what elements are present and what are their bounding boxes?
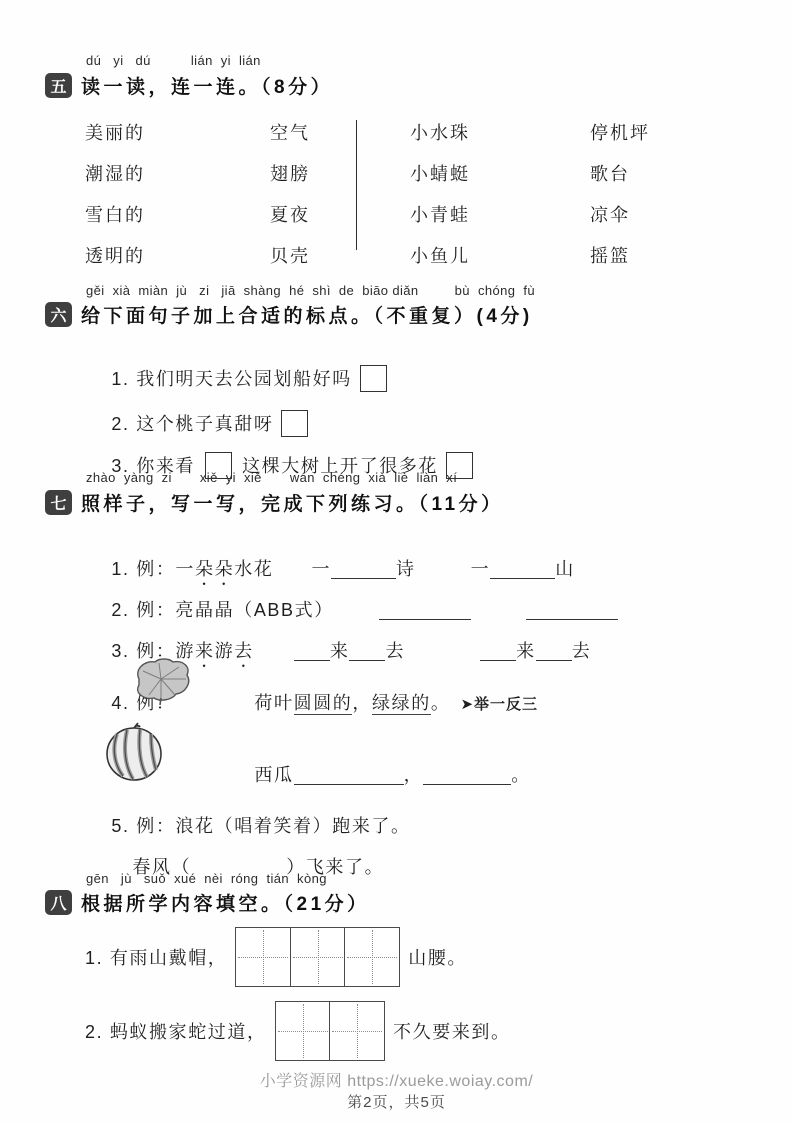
example-text: ， [352, 693, 372, 713]
section8-number-badge: 八 [45, 890, 72, 915]
writing-cell [344, 927, 400, 987]
fill-blank-item-2: 2. 蚂蚁搬家蛇过道， 不久要来到。 [85, 1001, 511, 1061]
sentence-text: 不久要来到。 [393, 1018, 511, 1044]
match-right-answer: 停机坪 [590, 119, 650, 145]
answer-blank [349, 658, 385, 661]
punctuation-answer-box [360, 365, 387, 392]
sentence-text: 1. 有雨山戴帽， [85, 944, 227, 970]
example-text: 游 [215, 641, 235, 661]
answer-blank [480, 658, 516, 661]
section7-number-badge: 七 [45, 490, 72, 515]
writing-grid [275, 1001, 385, 1061]
prompt-char: 去 [385, 641, 405, 661]
footer-site-url: 小学资源网 https://xueke.woiay.com/ [0, 1068, 793, 1091]
section8-title: 根据所学内容填空。（21分） [81, 889, 370, 916]
matching-exercise: 美丽的 空气 小水珠 停机坪 潮湿的 翅膀 小蜻蜓 歌台 雪白的 夏夜 小青蛙 … [85, 111, 735, 276]
answer-blank [294, 658, 330, 661]
example-text: 。 [431, 693, 451, 713]
match-left-term: 潮湿的 [85, 160, 145, 186]
match-right-term: 小蜻蜓 [410, 160, 470, 186]
section7-title: 照样子，写一写，完成下列练习。（11分） [81, 489, 504, 516]
emphasized-char: 去 [234, 641, 254, 661]
punctuation: ， [404, 765, 424, 785]
answer-blank [423, 782, 511, 785]
lotus-leaf-illustration [130, 656, 194, 706]
section8-pinyin: gēn jù suǒ xué nèi róng tián kòng [86, 871, 327, 886]
sentence-text: 2. 蚂蚁搬家蛇过道， [85, 1018, 267, 1044]
prompt-char: 来 [330, 641, 350, 661]
match-right-term: 小青蛙 [410, 201, 470, 227]
pattern-item-4-example: 荷叶圆圆的，绿绿的。➤举一反三 [228, 668, 538, 736]
answer-blank [536, 658, 572, 661]
writing-grid [235, 927, 400, 987]
divider-line [356, 120, 357, 250]
underlined-answer-word: 圆圆的 [294, 693, 353, 715]
match-right-answer: 歌台 [590, 160, 630, 186]
section6-header: 六 给下面句子加上合适的标点。（不重复）(4分) [45, 301, 533, 328]
match-right-answer: 凉伞 [590, 201, 630, 227]
match-left-answer: 空气 [270, 119, 310, 145]
emphasized-char: 来 [195, 641, 215, 661]
example-text: 荷叶 [254, 693, 293, 713]
match-right-term: 小鱼儿 [410, 242, 470, 268]
section5-header: 五 读一读，连一连。（8分） [45, 72, 333, 99]
section5-number-badge: 五 [45, 73, 72, 98]
match-left-term: 雪白的 [85, 201, 145, 227]
extension-tip-tag: ➤举一反三 [460, 696, 538, 713]
writing-cell [290, 927, 346, 987]
answer-blank [294, 782, 404, 785]
sentence-text: 1. 我们明天去公园划船好吗 [111, 369, 351, 389]
section8-header: 八 根据所学内容填空。（21分） [45, 889, 370, 916]
watermelon-illustration [102, 722, 168, 782]
sentence-text: 山腰。 [408, 944, 467, 970]
section7-header: 七 照样子，写一写，完成下列练习。（11分） [45, 489, 504, 516]
match-right-term: 小水珠 [410, 119, 470, 145]
writing-cell [275, 1001, 331, 1061]
match-right-answer: 摇篮 [590, 242, 630, 268]
exam-paper-page: dú yi dú lián yi lián 五 读一读，连一连。（8分） 美丽的… [0, 0, 793, 1122]
section6-title: 给下面句子加上合适的标点。（不重复）(4分) [81, 301, 533, 328]
match-left-term: 美丽的 [85, 119, 145, 145]
match-left-answer: 贝壳 [270, 242, 310, 268]
match-left-answer: 夏夜 [270, 201, 310, 227]
prompt-char: 来 [516, 641, 536, 661]
fill-blank-item-1: 1. 有雨山戴帽， 山腰。 [85, 927, 467, 987]
match-left-answer: 翅膀 [270, 160, 310, 186]
section6-pinyin: gěi xià miàn jù zi jiā shàng hé shì de b… [86, 283, 535, 298]
writing-cell [235, 927, 291, 987]
underlined-answer-word: 绿绿的 [372, 693, 431, 715]
section5-pinyin: dú yi dú lián yi lián [86, 53, 261, 68]
prompt-word: 西瓜 [254, 765, 293, 785]
section6-number-badge: 六 [45, 302, 72, 327]
section7-pinyin: zhào yàng zi xiě yi xiě wán chéng xià li… [86, 470, 457, 485]
match-left-term: 透明的 [85, 242, 145, 268]
punctuation: 。 [511, 765, 531, 785]
section5-title: 读一读，连一连。（8分） [81, 72, 333, 99]
prompt-char: 去 [572, 641, 592, 661]
footer-page-number: 第2页，共5页 [0, 1091, 793, 1112]
writing-cell [329, 1001, 385, 1061]
